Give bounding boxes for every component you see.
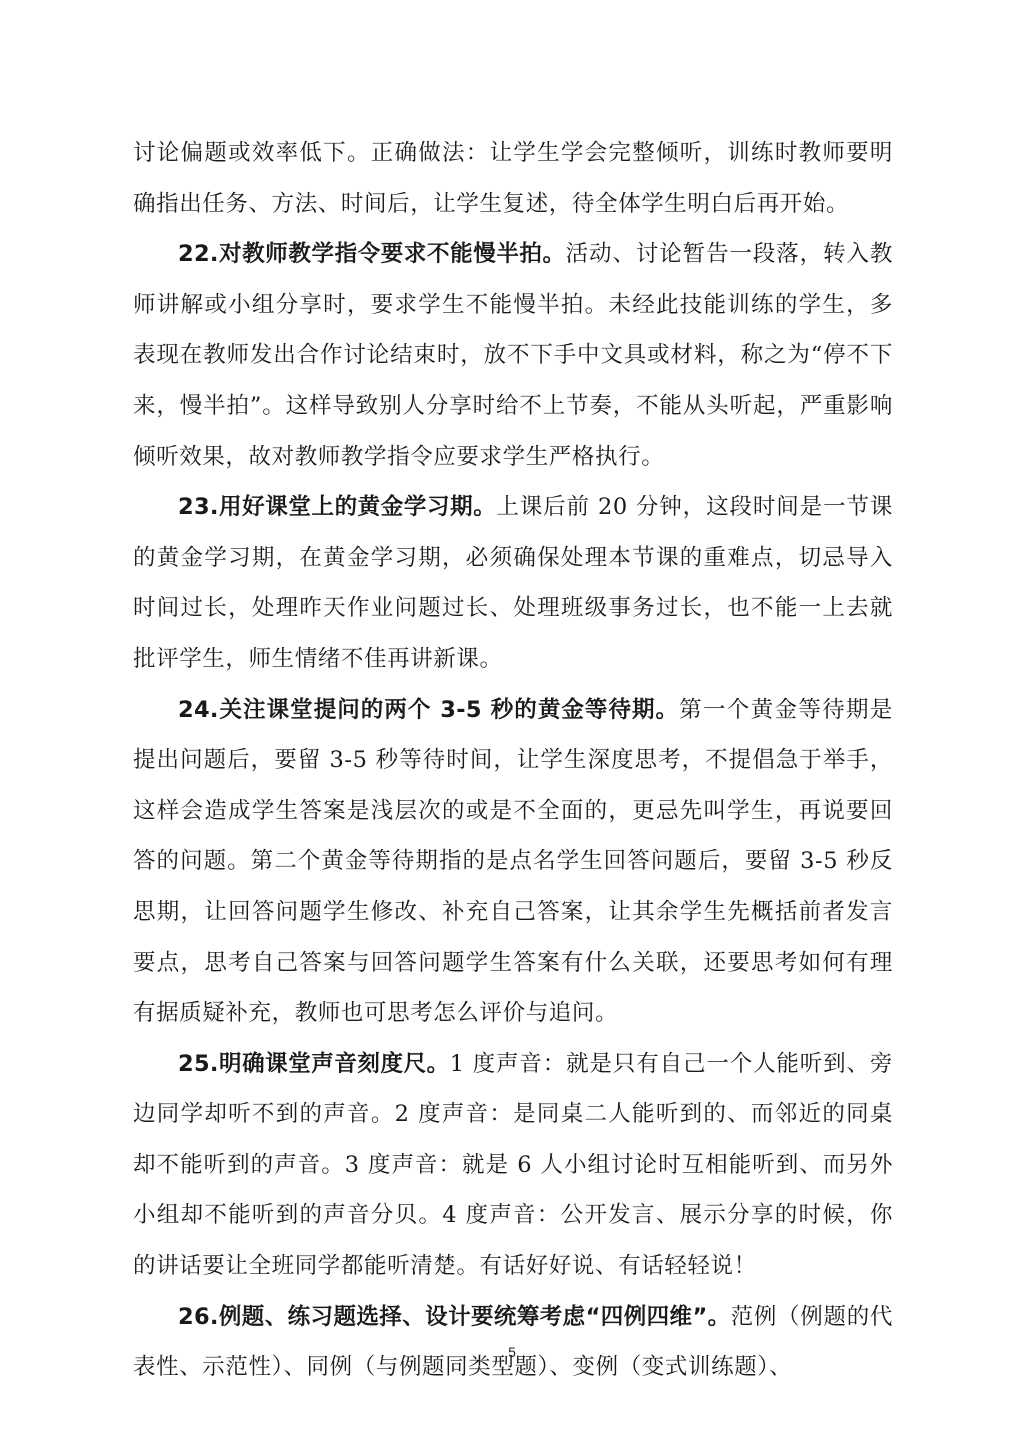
paragraph-body: 第一个黄金等待期是提出问题后，要留 3-5 秒等待时间，让学生深度思考，不提倡急… xyxy=(133,697,893,1027)
paragraph-continuation: 讨论偏题或效率低下。正确做法：让学生学会完整倾听，训练时教师要明确指出任务、方法… xyxy=(133,128,893,229)
page-number: 5 xyxy=(0,1344,1024,1360)
paragraph-item-23: 23.用好课堂上的黄金学习期。上课后前 20 分钟，这段时间是一节课的黄金学习期… xyxy=(133,482,893,684)
paragraph-heading: 25.明确课堂声音刻度尺。 xyxy=(178,1051,450,1077)
paragraph-heading: 26.例题、练习题选择、设计要统筹考虑“四例四维”。 xyxy=(178,1304,731,1330)
paragraph-item-22: 22.对教师教学指令要求不能慢半拍。活动、讨论暂告一段落，转入教师讲解或小组分享… xyxy=(133,229,893,482)
paragraph-heading: 22.对教师教学指令要求不能慢半拍。 xyxy=(178,241,566,267)
paragraph-item-24: 24.关注课堂提问的两个 3-5 秒的黄金等待期。第一个黄金等待期是提出问题后，… xyxy=(133,685,893,1039)
document-page: 讨论偏题或效率低下。正确做法：让学生学会完整倾听，训练时教师要明确指出任务、方法… xyxy=(133,128,893,1393)
paragraph-item-26: 26.例题、练习题选择、设计要统筹考虑“四例四维”。范例（例题的代表性、示范性）… xyxy=(133,1292,893,1393)
paragraph-body: 讨论偏题或效率低下。正确做法：让学生学会完整倾听，训练时教师要明确指出任务、方法… xyxy=(133,140,893,217)
paragraph-heading: 24.关注课堂提问的两个 3-5 秒的黄金等待期。 xyxy=(178,697,679,723)
paragraph-body: 活动、讨论暂告一段落，转入教师讲解或小组分享时，要求学生不能慢半拍。未经此技能训… xyxy=(133,241,893,469)
paragraph-item-25: 25.明确课堂声音刻度尺。1 度声音：就是只有自己一个人能听到、旁边同学却听不到… xyxy=(133,1039,893,1292)
paragraph-heading: 23.用好课堂上的黄金学习期。 xyxy=(178,494,496,520)
paragraph-body: 1 度声音：就是只有自己一个人能听到、旁边同学却听不到的声音。2 度声音：是同桌… xyxy=(133,1051,893,1279)
paragraph-body: 上课后前 20 分钟，这段时间是一节课的黄金学习期，在黄金学习期，必须确保处理本… xyxy=(133,494,893,672)
